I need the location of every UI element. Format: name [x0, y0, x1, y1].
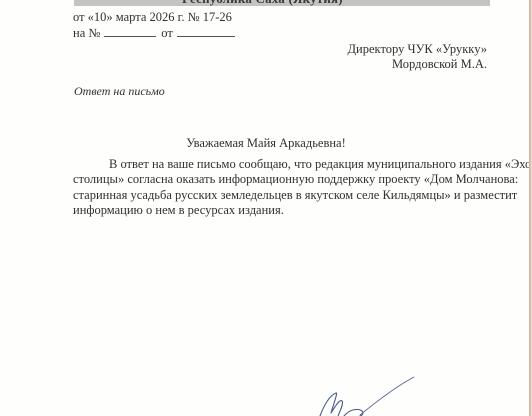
- signature-icon: [300, 375, 420, 416]
- incoming-date-label: от: [161, 26, 173, 40]
- body-line: столицы» согласна оказать информационную…: [73, 172, 473, 187]
- incoming-number-blank: [104, 25, 156, 37]
- addressee-position: Директору ЧУК «Урукку»: [348, 42, 487, 57]
- document-page: Республика Саха (Якутия) от «10» марта 2…: [0, 0, 529, 416]
- body-line: старинная усадьба русских земледельцев в…: [73, 188, 473, 203]
- outgoing-registration: от «10» марта 2026 г. № 17-26: [73, 10, 232, 25]
- incoming-number-label: на №: [73, 26, 100, 40]
- incoming-date-blank: [177, 25, 235, 37]
- letter-subject: Ответ на письмо: [74, 84, 165, 99]
- body-line: информацию о нем в ресурсах издания.: [73, 203, 473, 218]
- salutation: Уважаемая Майя Аркадьевна!: [0, 136, 532, 151]
- letter-body: В ответ на ваше письмо сообщаю, что реда…: [73, 157, 473, 218]
- addressee-name: Мордовской М.А.: [392, 57, 487, 72]
- body-line: В ответ на ваше письмо сообщаю, что реда…: [73, 157, 473, 172]
- letterhead-banner-text: Республика Саха (Якутия): [182, 0, 343, 6]
- incoming-registration: на №от: [73, 25, 235, 41]
- letterhead-banner: Республика Саха (Якутия): [74, 0, 490, 6]
